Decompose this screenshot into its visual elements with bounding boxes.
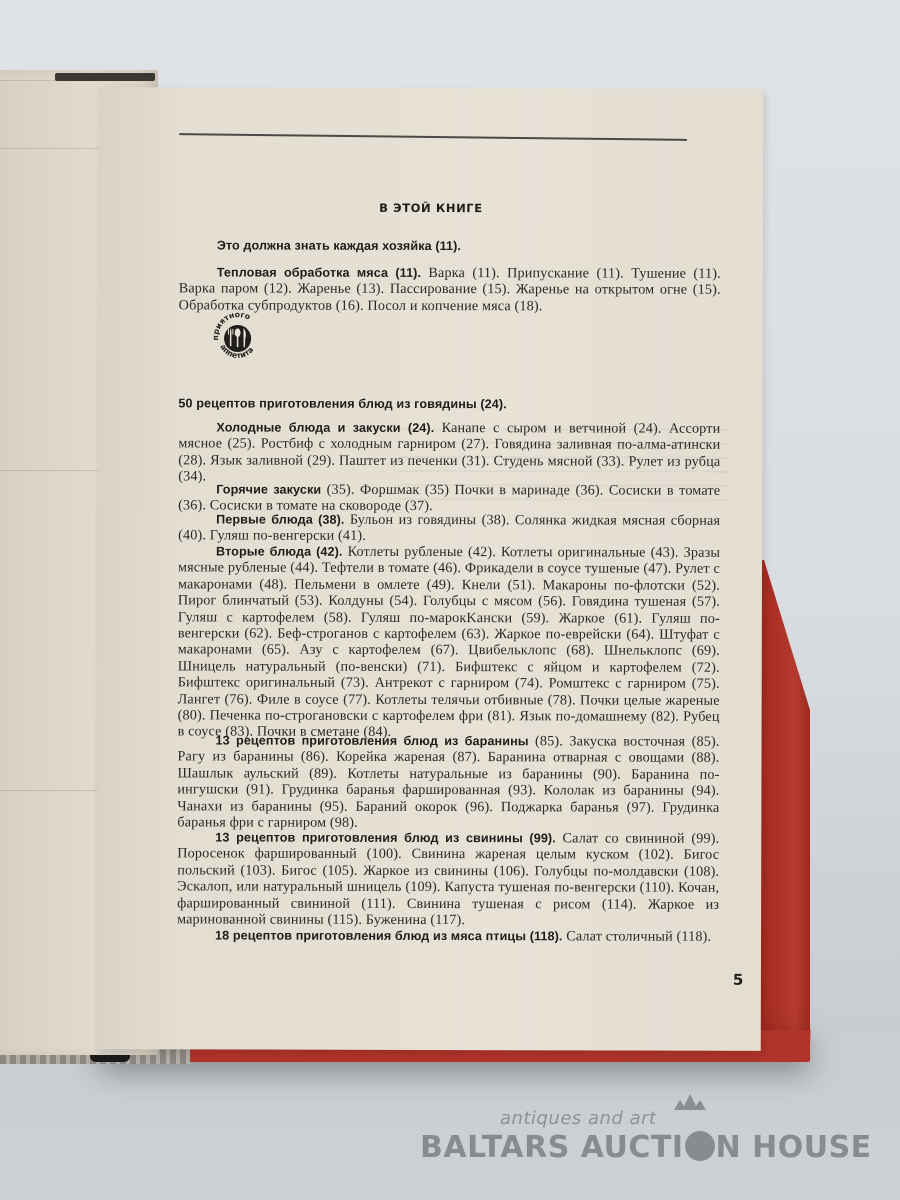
watermark-brand-right: N HOUSE xyxy=(716,1130,872,1165)
section-body: Салат столичный (118). xyxy=(563,928,712,944)
cover-top-edge xyxy=(55,73,155,81)
book-page: В ЭТОЙ КНИГЕ Это должна знать каждая хоз… xyxy=(97,87,764,1051)
intro-line: Это должна знать каждая хозяйка (11). xyxy=(179,237,721,255)
toc-section: 13 рецептов приготовления блюд из барани… xyxy=(177,732,719,832)
watermark-brand: BALTARS AUCTIN HOUSE xyxy=(420,1130,872,1165)
watermark-tagline: antiques and art xyxy=(500,1108,657,1129)
section-title: Горячие закуски xyxy=(216,482,321,496)
toc-section: Тепловая обработка мяса (11). Варка (11)… xyxy=(179,264,721,315)
toc-section: Вторые блюда (42). Котлеты рубленые (42)… xyxy=(178,543,721,741)
toc-section: 13 рецептов приготовления блюд из свинин… xyxy=(177,829,719,929)
toc-section: 50 рецептов приготовления блюд из говяди… xyxy=(178,395,720,413)
watermark: antiques and art BALTARS AUCTIN HOUSE xyxy=(420,1100,840,1180)
toc-section: Первые блюда (38). Бульон из говядины (3… xyxy=(178,511,720,545)
intro-text: Это должна знать каждая хозяйка (11). xyxy=(217,238,461,253)
toc-section: Холодные блюда и закуски (24). Канапе с … xyxy=(178,419,720,486)
toc-section: Горячие закуски (35). Форшмак (35) Почки… xyxy=(178,481,720,515)
section-title: 13 рецептов приготовления блюд из барани… xyxy=(216,733,529,748)
section-title: 13 рецептов приготовления блюд из свинин… xyxy=(215,830,556,845)
watermark-brand-left: BALTARS AUCTI xyxy=(420,1130,684,1165)
section-title: Холодные блюда и закуски (24). xyxy=(216,420,434,435)
toc-section: 18 рецептов приготовления блюд из мяса п… xyxy=(177,927,719,945)
page-number: 5 xyxy=(733,971,743,989)
section-title: 18 рецептов приготовления блюд из мяса п… xyxy=(215,928,563,943)
section-title: Тепловая обработка мяса (11). xyxy=(217,265,421,280)
section-title: Вторые блюда (42). xyxy=(216,544,343,558)
header-rule xyxy=(179,133,687,141)
crown-icon xyxy=(670,1092,710,1132)
section-title: Первые блюда (38). xyxy=(216,512,344,526)
bon-appetit-logo: приятного аппетита xyxy=(209,309,267,367)
section-body: Котлеты рубленые (42). Котлеты оригиналь… xyxy=(178,544,721,741)
section-title: 50 рецептов приготовления блюд из говяди… xyxy=(178,396,506,411)
book-cover-edge xyxy=(760,560,810,1060)
watermark-circle-icon xyxy=(685,1131,715,1161)
page-heading: В ЭТОЙ КНИГЕ xyxy=(99,200,763,216)
